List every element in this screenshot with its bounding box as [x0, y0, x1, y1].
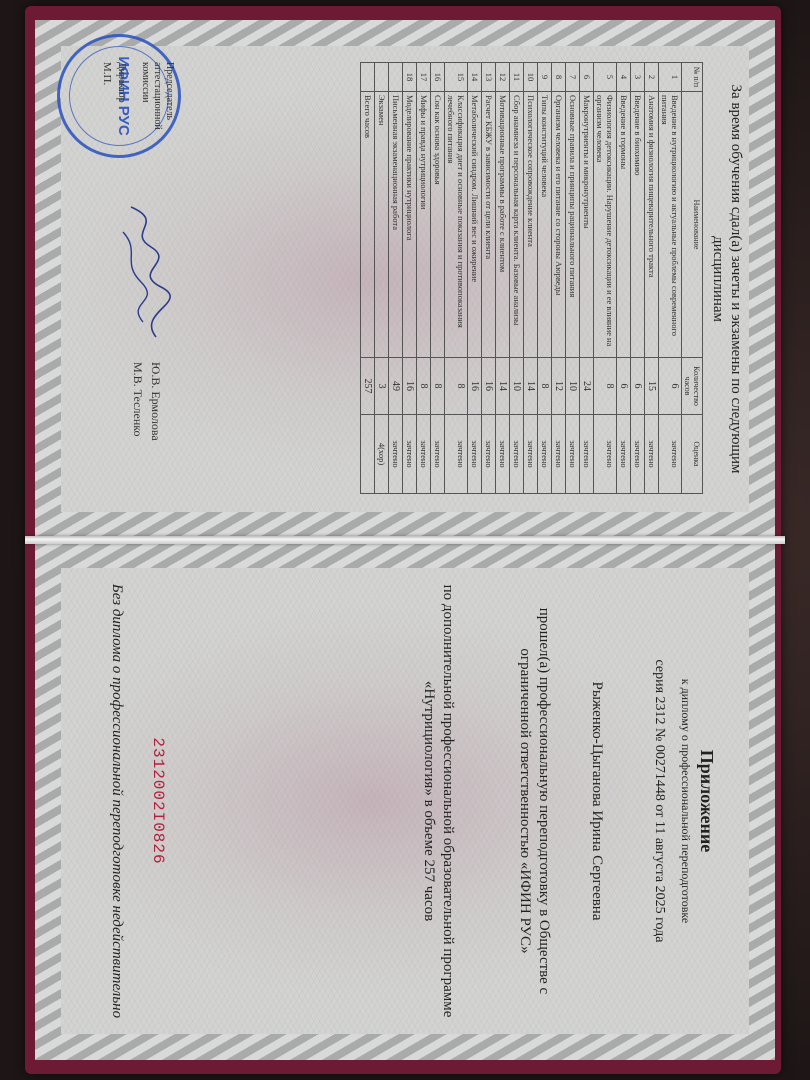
table-row: 1Введение в нутрициологию и актуальные п… [659, 63, 682, 494]
binding-cord [25, 536, 785, 544]
cell-num: 11 [510, 63, 524, 92]
diploma-spread: За время обучения сдал(а) зачеты и экзам… [35, 20, 775, 1060]
table-row: 2Анатомия и физиология пищеварительного … [645, 63, 659, 494]
table-row: 6Макронутриенты и микронутриенты24зачтен… [580, 63, 594, 494]
cell-grade: зачтено [496, 415, 510, 494]
cell-hours: 16 [403, 358, 417, 415]
cell-hours: 10 [510, 358, 524, 415]
cell-num [361, 63, 375, 92]
cell-num: 7 [566, 63, 580, 92]
cell-grade: зачтено [510, 415, 524, 494]
cell-grade: зачтено [631, 415, 645, 494]
diploma-series: серия 2312 № 00271448 от 11 августа 2025… [651, 542, 667, 1060]
cell-hours: 14 [496, 358, 510, 415]
cell-num: 12 [496, 63, 510, 92]
cell-hours: 6 [617, 358, 631, 415]
table-row: Экзамен34(хор) [375, 63, 389, 494]
appendix-page: Приложение к диплому о профессиональной … [35, 542, 775, 1060]
table-row: 3Введение в биохимию6зачтено [631, 63, 645, 494]
cell-grade: зачтено [468, 415, 482, 494]
signature-icon [121, 202, 171, 342]
appendix-title: Приложение [696, 542, 717, 1060]
cell-grade: зачтено [538, 415, 552, 494]
cell-grade: зачтено [524, 415, 538, 494]
cell-name: Экзамен [375, 92, 389, 358]
table-row: 5Физиология детоксикации. Нарушение дето… [594, 63, 617, 494]
cell-hours: 8 [417, 358, 431, 415]
cell-num: 16 [431, 63, 445, 92]
cell-hours: 49 [389, 358, 403, 415]
appendix-subtitle: к диплому о профессиональной переподгото… [678, 542, 693, 1060]
table-row: 8Организм человека и его питание со стор… [552, 63, 566, 494]
cell-grade: зачтено [431, 415, 445, 494]
cell-hours: 8 [538, 358, 552, 415]
cell-grade: зачтено [403, 415, 417, 494]
table-header-row: № п/п Наименование Количество часов Оцен… [682, 63, 703, 494]
cell-name: Введение в биохимию [631, 92, 645, 358]
cell-grade: зачтено [566, 415, 580, 494]
cell-num: 15 [445, 63, 468, 92]
cell-grade: зачтено [445, 415, 468, 494]
table-row: 11Сбор анамнеза и персональная карта кли… [510, 63, 524, 494]
header-num: № п/п [682, 63, 703, 92]
cell-num: 3 [631, 63, 645, 92]
cell-num [375, 63, 389, 92]
cell-hours: 8 [445, 358, 468, 415]
cell-grade: зачтено [580, 415, 594, 494]
cell-name: Моделирование практики нутрициолога [403, 92, 417, 358]
table-row: 14Метаболический синдром. Лишний вес и о… [468, 63, 482, 494]
cell-hours: 12 [552, 358, 566, 415]
holder-name: Рыженко-Цыганова Ирина Сергеевна [588, 542, 605, 1060]
cell-grade: зачтено [645, 415, 659, 494]
cell-name: Макронутриенты и микронутриенты [580, 92, 594, 358]
cell-name: Организм человека и его питание со сторо… [552, 92, 566, 358]
cell-grade: зачтено [552, 415, 566, 494]
cell-grade: зачтено [417, 415, 431, 494]
grades-table: № п/п Наименование Количество часов Оцен… [360, 62, 703, 494]
training-statement: прошел(а) профессиональную переподготовк… [515, 582, 553, 1020]
cell-name: Сон как основа здоровья [431, 92, 445, 358]
cell-hours: 3 [375, 358, 389, 415]
table-row: 18Моделирование практики нутрициолога16з… [403, 63, 417, 494]
director-label: Директор [116, 62, 127, 103]
cell-grade: зачтено [482, 415, 496, 494]
cell-name: Физиология детоксикации. Нарушение деток… [594, 92, 617, 358]
table-row: 10Психологическое сопровождение клиента1… [524, 63, 538, 494]
cell-hours: 257 [361, 358, 375, 415]
grades-title: За время обучения сдал(а) зачеты и экзам… [709, 60, 745, 498]
table-row: 17Мифы и правда нутрициологии8зачтено [417, 63, 431, 494]
cell-grade: зачтено [617, 415, 631, 494]
cell-name: Введение в нутрициологию и актуальные пр… [659, 92, 682, 358]
cell-num: 13 [482, 63, 496, 92]
cell-hours: 15 [645, 358, 659, 415]
chair-name: Ю.В. Ермолова [148, 362, 163, 441]
cell-hours: 16 [468, 358, 482, 415]
header-name: Наименование [682, 92, 703, 358]
cell-name: Сбор анамнеза и персональная карта клиен… [510, 92, 524, 358]
cell-hours: 24 [580, 358, 594, 415]
cell-name: Расчет КБЖУ в зависимости от цели клиент… [482, 92, 496, 358]
table-row: 16Сон как основа здоровья8зачтено [431, 63, 445, 494]
cell-name: Анатомия и физиология пищеварительного т… [645, 92, 659, 358]
cell-name: Основные правила и принципы рациональног… [566, 92, 580, 358]
cell-hours: 8 [431, 358, 445, 415]
header-grade: Оценка [682, 415, 703, 494]
chair-label: Председатель аттестационной комиссии [139, 62, 175, 172]
registration-number: 2312002I0826 [149, 542, 167, 1060]
table-row: Всего часов257 [361, 63, 375, 494]
director-name: М.В. Тесленко [130, 362, 145, 436]
cell-num: 2 [645, 63, 659, 92]
cell-name: Психологическое сопровождение клиента [524, 92, 538, 358]
table-row: 12Мотивационные программы в работе с кли… [496, 63, 510, 494]
cell-num: 1 [659, 63, 682, 92]
program-statement: по дополнительной профессиональной образ… [419, 582, 457, 1020]
header-hours: Количество часов [682, 358, 703, 415]
cell-grade: зачтено [659, 415, 682, 494]
cell-grade [361, 415, 375, 494]
cell-name: Письменная экзаменационная работа [389, 92, 403, 358]
cell-hours: 6 [659, 358, 682, 415]
cell-num: 10 [524, 63, 538, 92]
cell-hours: 16 [482, 358, 496, 415]
cell-grade: зачтено [389, 415, 403, 494]
cell-name: Типы конституций человека [538, 92, 552, 358]
cell-name: Классификация диет и основные показания … [445, 92, 468, 358]
seal-label: М.П. [101, 62, 113, 85]
validity-note: Без диплома о профессиональной переподго… [108, 562, 125, 1040]
cell-num: 4 [617, 63, 631, 92]
cell-num: 6 [580, 63, 594, 92]
cell-hours: 8 [594, 358, 617, 415]
cell-grade: зачтено [594, 415, 617, 494]
cell-num: 5 [594, 63, 617, 92]
cell-name: Всего часов [361, 92, 375, 358]
cell-num: 14 [468, 63, 482, 92]
cell-name: Метаболический синдром. Лишний вес и ожи… [468, 92, 482, 358]
cell-num: 8 [552, 63, 566, 92]
cell-name: Введение в гормоны [617, 92, 631, 358]
table-row: 15Классификация диет и основные показани… [445, 63, 468, 494]
signature-block: ИФИН РУС Председатель аттестационной ком… [65, 62, 175, 494]
table-row: Письменная экзаменационная работа49зачте… [389, 63, 403, 494]
cell-hours: 14 [524, 358, 538, 415]
cell-num: 9 [538, 63, 552, 92]
cell-hours: 10 [566, 358, 580, 415]
cell-grade: 4(хор) [375, 415, 389, 494]
cell-num [389, 63, 403, 92]
cell-num: 18 [403, 63, 417, 92]
cell-hours: 6 [631, 358, 645, 415]
table-row: 9Типы конституций человека8зачтено [538, 63, 552, 494]
grades-page: За время обучения сдал(а) зачеты и экзам… [35, 20, 775, 538]
table-row: 7Основные правила и принципы рационально… [566, 63, 580, 494]
cell-num: 17 [417, 63, 431, 92]
table-row: 4Введение в гормоны6зачтено [617, 63, 631, 494]
cell-name: Мотивационные программы в работе с клиен… [496, 92, 510, 358]
cell-name: Мифы и правда нутрициологии [417, 92, 431, 358]
table-row: 13Расчет КБЖУ в зависимости от цели клие… [482, 63, 496, 494]
